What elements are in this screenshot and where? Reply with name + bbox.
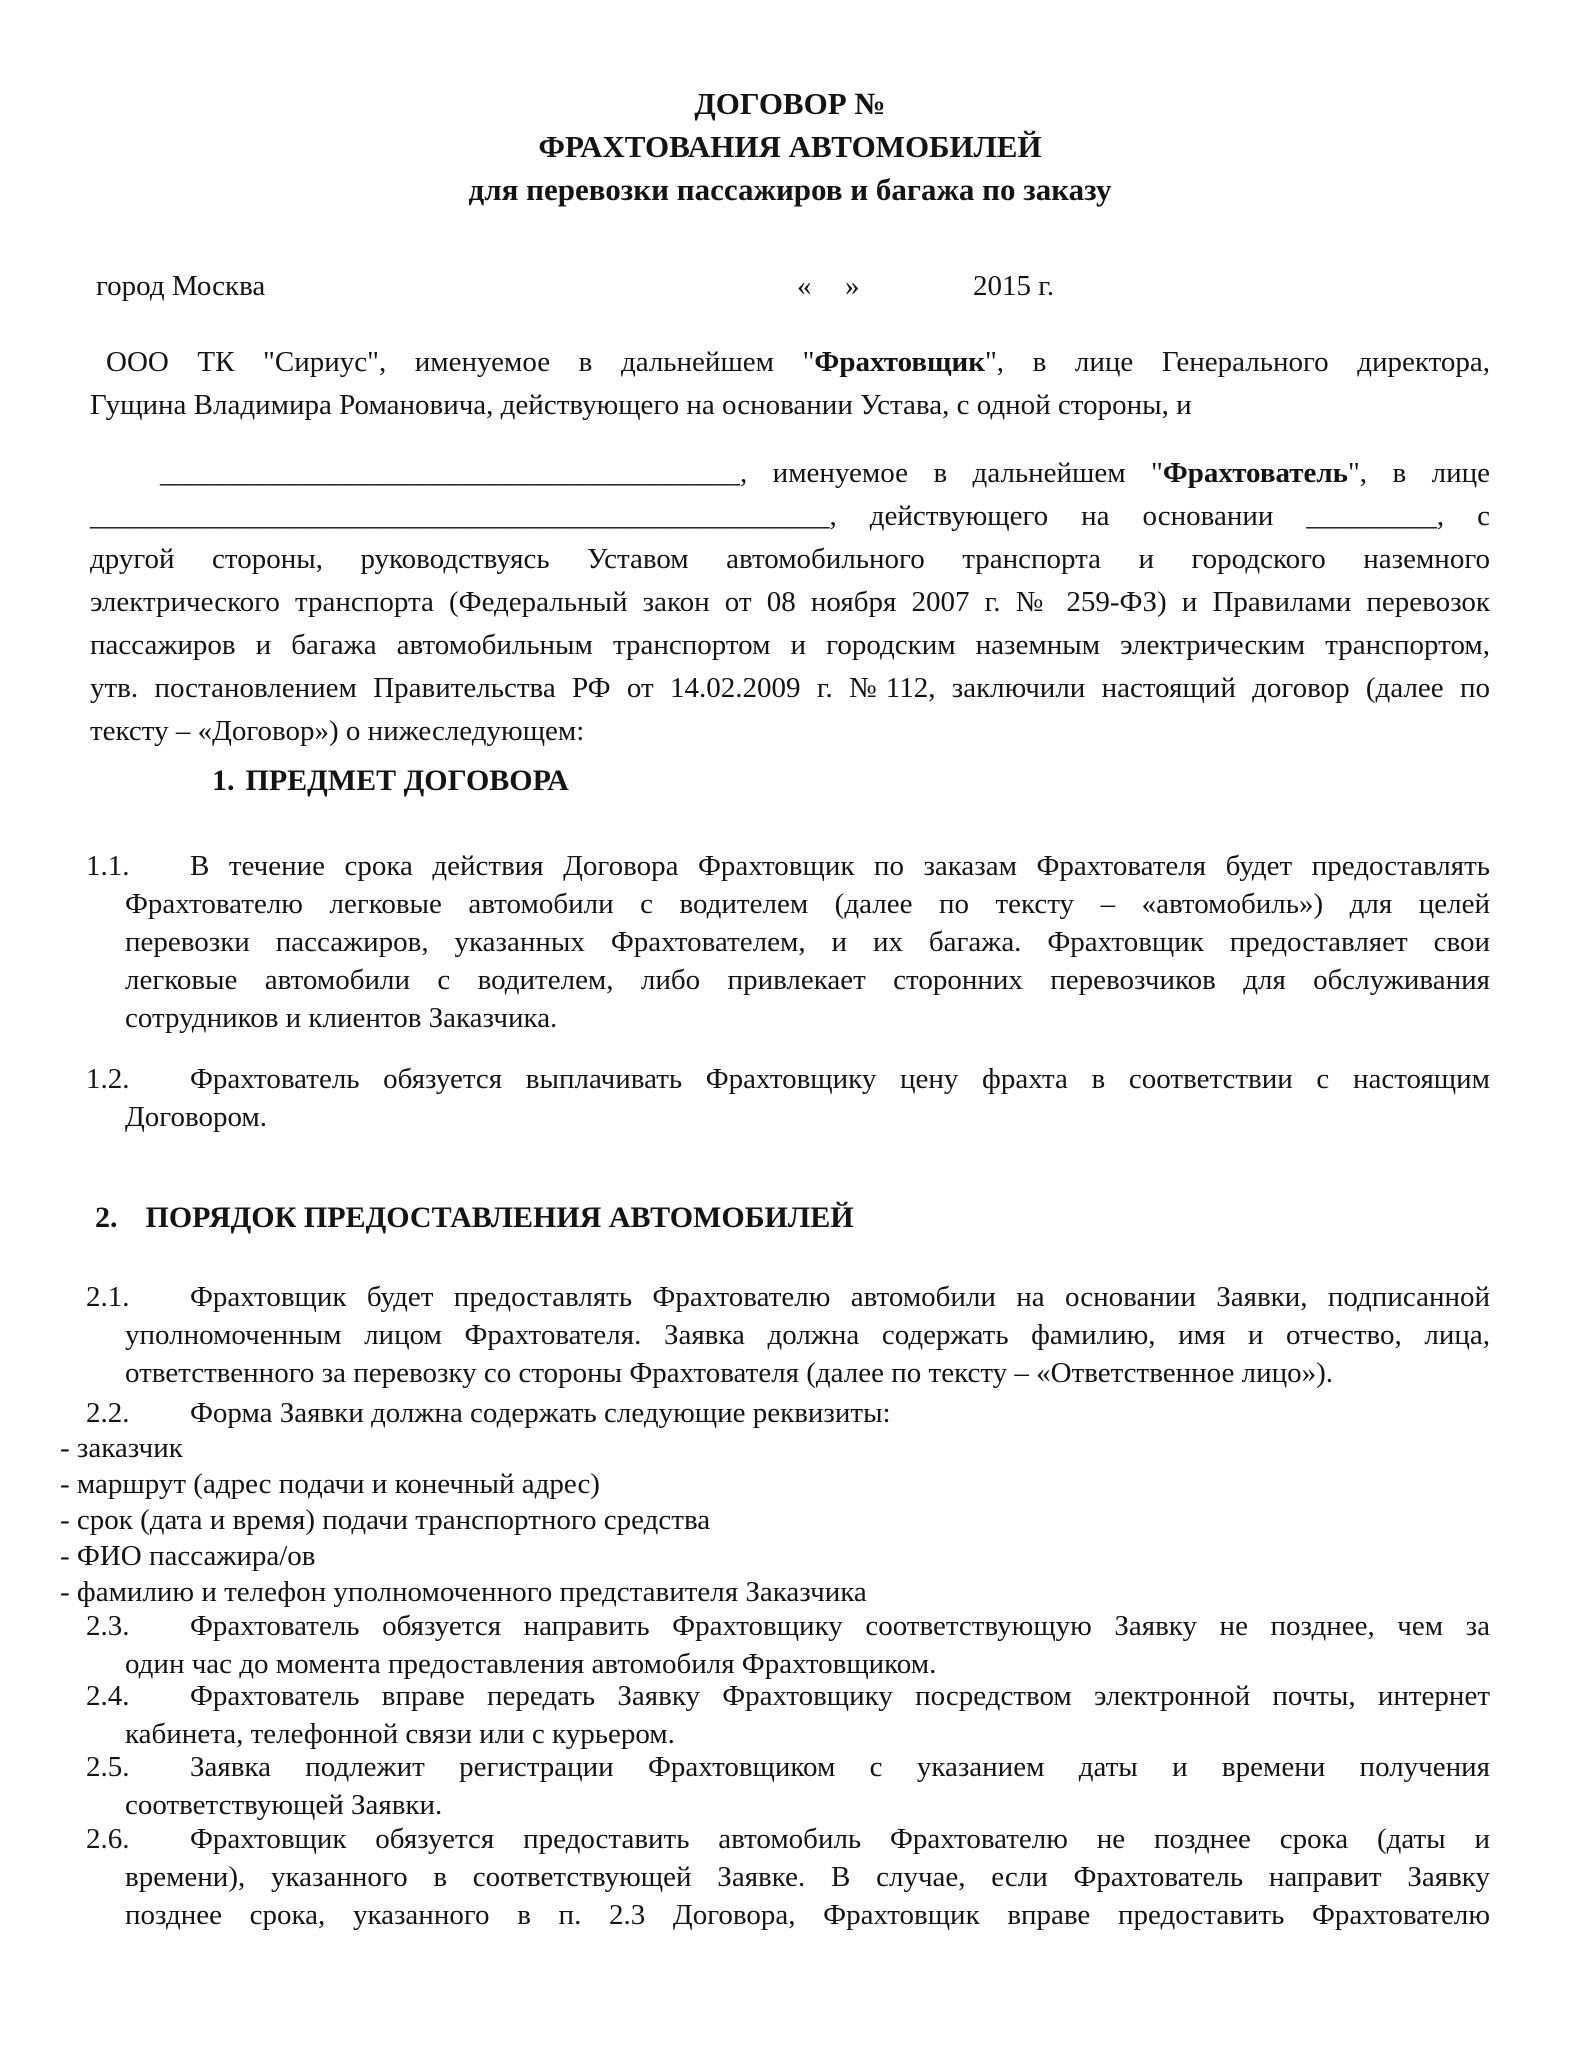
clause-2-2-text: Форма Заявки должна содержать следующие …	[190, 1397, 891, 1429]
date-quote-close: »	[845, 270, 860, 303]
clause-1-1-line-2: Фрахтователю легковые автомобили с водит…	[125, 885, 1490, 923]
clause-1-2-line-1: 1.2.Фрахтователь обязуется выплачивать Ф…	[125, 1060, 1490, 1098]
requisite-item: - маршрут (адрес подачи и конечный адрес…	[60, 1466, 1490, 1502]
clause-2-2-line-1: 2.2.Форма Заявки должна содержать следую…	[125, 1394, 1490, 1432]
clause-1-2-line-2: Договором.	[125, 1098, 1490, 1136]
clause-2-6-line-1: 2.6.Фрахтовщик обязуется предоставить ав…	[125, 1820, 1490, 1858]
blank-field-name: ________________________________________…	[160, 457, 1163, 489]
clause-2-2-number: 2.2.	[86, 1394, 130, 1432]
preamble1-line-2: Гущина Владимира Романовича, действующег…	[90, 384, 1490, 427]
clause-1-1-number: 1.1.	[86, 847, 130, 885]
clause-2-6-text: Фрахтовщик обязуется предоставить автомо…	[190, 1823, 1490, 1855]
section-1-number: 1.	[212, 764, 235, 797]
clause-2-6-line-3: позднее срока, указанного в п. 2.3 Догов…	[125, 1896, 1490, 1934]
doc-title-line-3: для перевозки пассажиров и багажа по зак…	[90, 168, 1490, 211]
clause-1-1-line-4: легковые автомобили с водителем, либо пр…	[125, 961, 1490, 999]
clause-2-1: 2.1.Фрахтовщик будет предоставлять Фрахт…	[125, 1278, 1490, 1392]
clause-1-1: 1.1.В течение срока действия Договора Фр…	[125, 847, 1490, 1037]
clause-2-5-text: Заявка подлежит регистрации Фрахтовщиком…	[190, 1751, 1490, 1783]
preamble-freighter: ________________________________________…	[90, 452, 1490, 753]
preamble2-line-1: ________________________________________…	[90, 452, 1490, 495]
clause-2-1-line-1: 2.1.Фрахтовщик будет предоставлять Фрахт…	[125, 1278, 1490, 1316]
clause-2-5-number: 2.5.	[86, 1748, 130, 1786]
clause-2-3-line-1: 2.3.Фрахтователь обязуется направить Фра…	[125, 1607, 1490, 1645]
requisites-list: - заказчик - маршрут (адрес подачи и кон…	[60, 1430, 1490, 1610]
clause-1-1-line-1: 1.1.В течение срока действия Договора Фр…	[125, 847, 1490, 885]
year-label: 2015 г.	[973, 270, 1054, 303]
clause-2-3: 2.3.Фрахтователь обязуется направить Фра…	[125, 1607, 1490, 1683]
clause-2-1-line-3: ответственного за перевозку со стороны Ф…	[125, 1354, 1490, 1392]
requisite-item: - ФИО пассажира/ов	[60, 1538, 1490, 1574]
requisite-item: - срок (дата и время) подачи транспортно…	[60, 1502, 1490, 1538]
date-quote-open: «	[797, 270, 812, 303]
doc-title-line-1: ДОГОВОР №	[90, 82, 1490, 125]
preamble2-line-4: электрического транспорта (Федеральный з…	[90, 581, 1490, 624]
requisite-item: - заказчик	[60, 1430, 1490, 1466]
clause-2-6-number: 2.6.	[86, 1820, 130, 1858]
section-1-title: ПРЕДМЕТ ДОГОВОРА	[246, 761, 569, 801]
clause-1-2: 1.2.Фрахтователь обязуется выплачивать Ф…	[125, 1060, 1490, 1136]
clause-2-1-number: 2.1.	[86, 1278, 130, 1316]
city-label: город Москва	[96, 270, 265, 303]
clause-2-3-text: Фрахтователь обязуется направить Фрахтов…	[190, 1610, 1490, 1642]
term-frakhtovshchik: Фрахтовщик	[814, 346, 985, 378]
preamble2-text-post: ", в лице	[1348, 457, 1490, 489]
clause-2-5: 2.5.Заявка подлежит регистрации Фрахтовщ…	[125, 1748, 1490, 1824]
clause-2-5-line-2: соответствующей Заявки.	[125, 1786, 1490, 1824]
section-2-number: 2.	[95, 1201, 118, 1234]
preamble2-line-3: другой стороны, руководствуясь Уставом а…	[90, 538, 1490, 581]
clause-1-2-number: 1.2.	[86, 1060, 130, 1098]
doc-title-line-2: ФРАХТОВАНИЯ АВТОМОБИЛЕЙ	[90, 125, 1490, 168]
clause-2-4-text: Фрахтователь вправе передать Заявку Фрах…	[190, 1680, 1490, 1712]
preamble2-line-2: ________________________________________…	[90, 495, 1490, 538]
clause-2-6-line-2: времени), указанного в соответствующей З…	[125, 1858, 1490, 1896]
clause-2-4-number: 2.4.	[86, 1677, 130, 1715]
clause-1-2-text: Фрахтователь обязуется выплачивать Фрахт…	[190, 1063, 1490, 1095]
clause-1-1-line-3: перевозки пассажиров, указанных Фрахтова…	[125, 923, 1490, 961]
doc-title: ДОГОВОР № ФРАХТОВАНИЯ АВТОМОБИЛЕЙ для пе…	[90, 82, 1490, 211]
term-frakhtovatel: Фрахтователь	[1163, 457, 1348, 489]
date-row: город Москва « » 2015 г.	[0, 270, 1582, 310]
preamble2-line-5: пассажиров и багажа автомобильным трансп…	[90, 624, 1490, 667]
clause-2-1-line-2: уполномоченным лицом Фрахтователя. Заявк…	[125, 1316, 1490, 1354]
clause-2-4-line-1: 2.4.Фрахтователь вправе передать Заявку …	[125, 1677, 1490, 1715]
section-2-title: ПОРЯДОК ПРЕДОСТАВЛЕНИЯ АВТОМОБИЛЕЙ	[146, 1198, 854, 1238]
clause-2-4: 2.4.Фрахтователь вправе передать Заявку …	[125, 1677, 1490, 1753]
clause-1-1-line-5: сотрудников и клиентов Заказчика.	[125, 999, 1490, 1037]
section-1-heading: 1.ПРЕДМЕТ ДОГОВОРА	[212, 761, 569, 801]
preamble1-text: ООО ТК "Сириус", именуемое в дальнейшем …	[106, 346, 814, 378]
preamble1-text-post: ", в лице Генерального директора,	[985, 346, 1490, 378]
preamble2-line-7: тексту – «Договор») о нижеследующем:	[90, 710, 1490, 753]
clause-2-1-text: Фрахтовщик будет предоставлять Фрахтоват…	[190, 1281, 1490, 1313]
preamble1-line-1: ООО ТК "Сириус", именуемое в дальнейшем …	[90, 341, 1490, 384]
clause-2-6: 2.6.Фрахтовщик обязуется предоставить ав…	[125, 1820, 1490, 1934]
clause-1-1-text: В течение срока действия Договора Фрахто…	[190, 850, 1490, 882]
clause-2-3-number: 2.3.	[86, 1607, 130, 1645]
preamble2-line-6: утв. постановлением Правительства РФ от …	[90, 667, 1490, 710]
preamble-charterer: ООО ТК "Сириус", именуемое в дальнейшем …	[90, 341, 1490, 427]
clause-2-2: 2.2.Форма Заявки должна содержать следую…	[125, 1394, 1490, 1432]
clause-2-5-line-1: 2.5.Заявка подлежит регистрации Фрахтовщ…	[125, 1748, 1490, 1786]
section-2-heading: 2.ПОРЯДОК ПРЕДОСТАВЛЕНИЯ АВТОМОБИЛЕЙ	[95, 1198, 854, 1238]
requisite-item: - фамилию и телефон уполномоченного пред…	[60, 1574, 1490, 1610]
contract-page: ДОГОВОР № ФРАХТОВАНИЯ АВТОМОБИЛЕЙ для пе…	[0, 0, 1582, 2048]
